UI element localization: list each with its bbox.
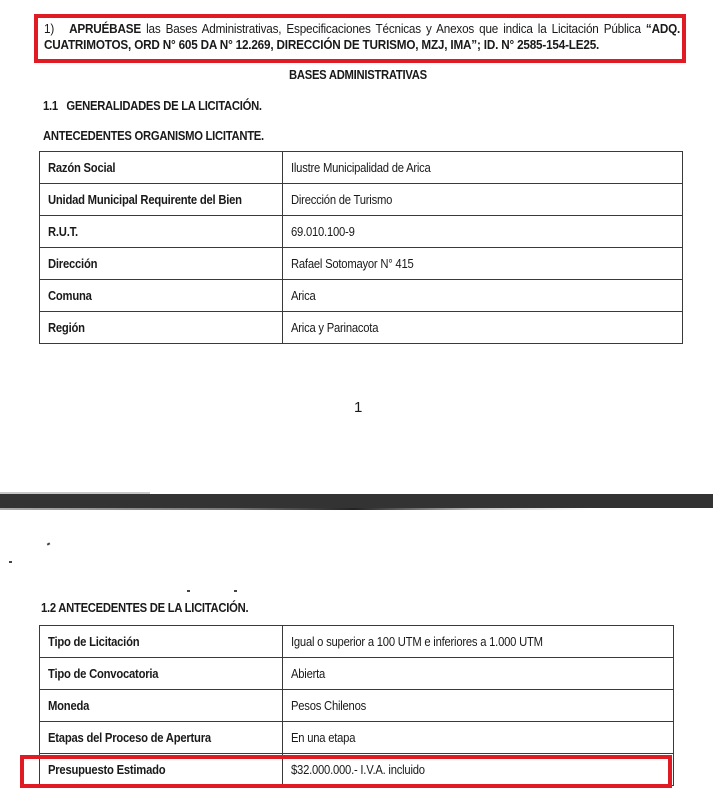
table-row: Comuna Arica [40, 280, 683, 312]
row-label: Tipo de Convocatoria [40, 658, 283, 690]
scan-speck [234, 590, 237, 592]
table-row: Región Arica y Parinacota [40, 312, 683, 344]
row-value: Arica [283, 280, 683, 312]
page-break-divider [0, 494, 713, 508]
row-label: Comuna [40, 280, 283, 312]
page-number: 1 [354, 399, 362, 416]
table-row: Etapas del Proceso de Apertura En una et… [40, 722, 674, 754]
row-label: Etapas del Proceso de Apertura [40, 722, 283, 754]
row-value: En una etapa [283, 722, 674, 754]
row-label: Razón Social [40, 152, 283, 184]
resolution-verb: APRUÉBASE [69, 22, 141, 36]
row-label: Unidad Municipal Requirente del Bien [40, 184, 283, 216]
row-label: R.U.T. [40, 216, 283, 248]
row-value: Dirección de Turismo [283, 184, 683, 216]
row-label: Dirección [40, 248, 283, 280]
page-break-edge [0, 508, 590, 510]
scan-speck [47, 542, 51, 545]
table-row: Moneda Pesos Chilenos [40, 690, 674, 722]
row-label: Región [40, 312, 283, 344]
table-row: Unidad Municipal Requirente del Bien Dir… [40, 184, 683, 216]
row-label: Moneda [40, 690, 283, 722]
document-title: BASES ADMINISTRATIVAS [289, 68, 427, 82]
table-row: Razón Social Ilustre Municipalidad de Ar… [40, 152, 683, 184]
row-value: Arica y Parinacota [283, 312, 683, 344]
scan-speck [187, 590, 190, 592]
row-value: Rafael Sotomayor N° 415 [283, 248, 683, 280]
section-heading-1-2: 1.2 ANTECEDENTES DE LA LICITACIÓN. [41, 601, 248, 615]
highlight-box-budget [20, 755, 672, 788]
scan-speck [9, 561, 12, 563]
resolution-number: 1) [44, 21, 69, 37]
subsection-heading-organismo: ANTECEDENTES ORGANISMO LICITANTE. [43, 129, 264, 143]
table-row: Tipo de Licitación Igual o superior a 10… [40, 626, 674, 658]
row-value: Pesos Chilenos [283, 690, 674, 722]
row-value: Ilustre Municipalidad de Arica [283, 152, 683, 184]
section-heading-1-1: 1.1 GENERALIDADES DE LA LICITACIÓN. [43, 99, 262, 113]
row-value: Abierta [283, 658, 674, 690]
resolution-paragraph: 1)APRUÉBASE las Bases Administrativas, E… [44, 21, 680, 53]
row-value: Igual o superior a 100 UTM e inferiores … [283, 626, 674, 658]
resolution-text: las Bases Administrativas, Especificacio… [141, 22, 646, 36]
table-row: Dirección Rafael Sotomayor N° 415 [40, 248, 683, 280]
organismo-licitante-table: Razón Social Ilustre Municipalidad de Ar… [39, 151, 683, 344]
table-row: Tipo de Convocatoria Abierta [40, 658, 674, 690]
table-row: R.U.T. 69.010.100-9 [40, 216, 683, 248]
row-label: Tipo de Licitación [40, 626, 283, 658]
row-value: 69.010.100-9 [283, 216, 683, 248]
